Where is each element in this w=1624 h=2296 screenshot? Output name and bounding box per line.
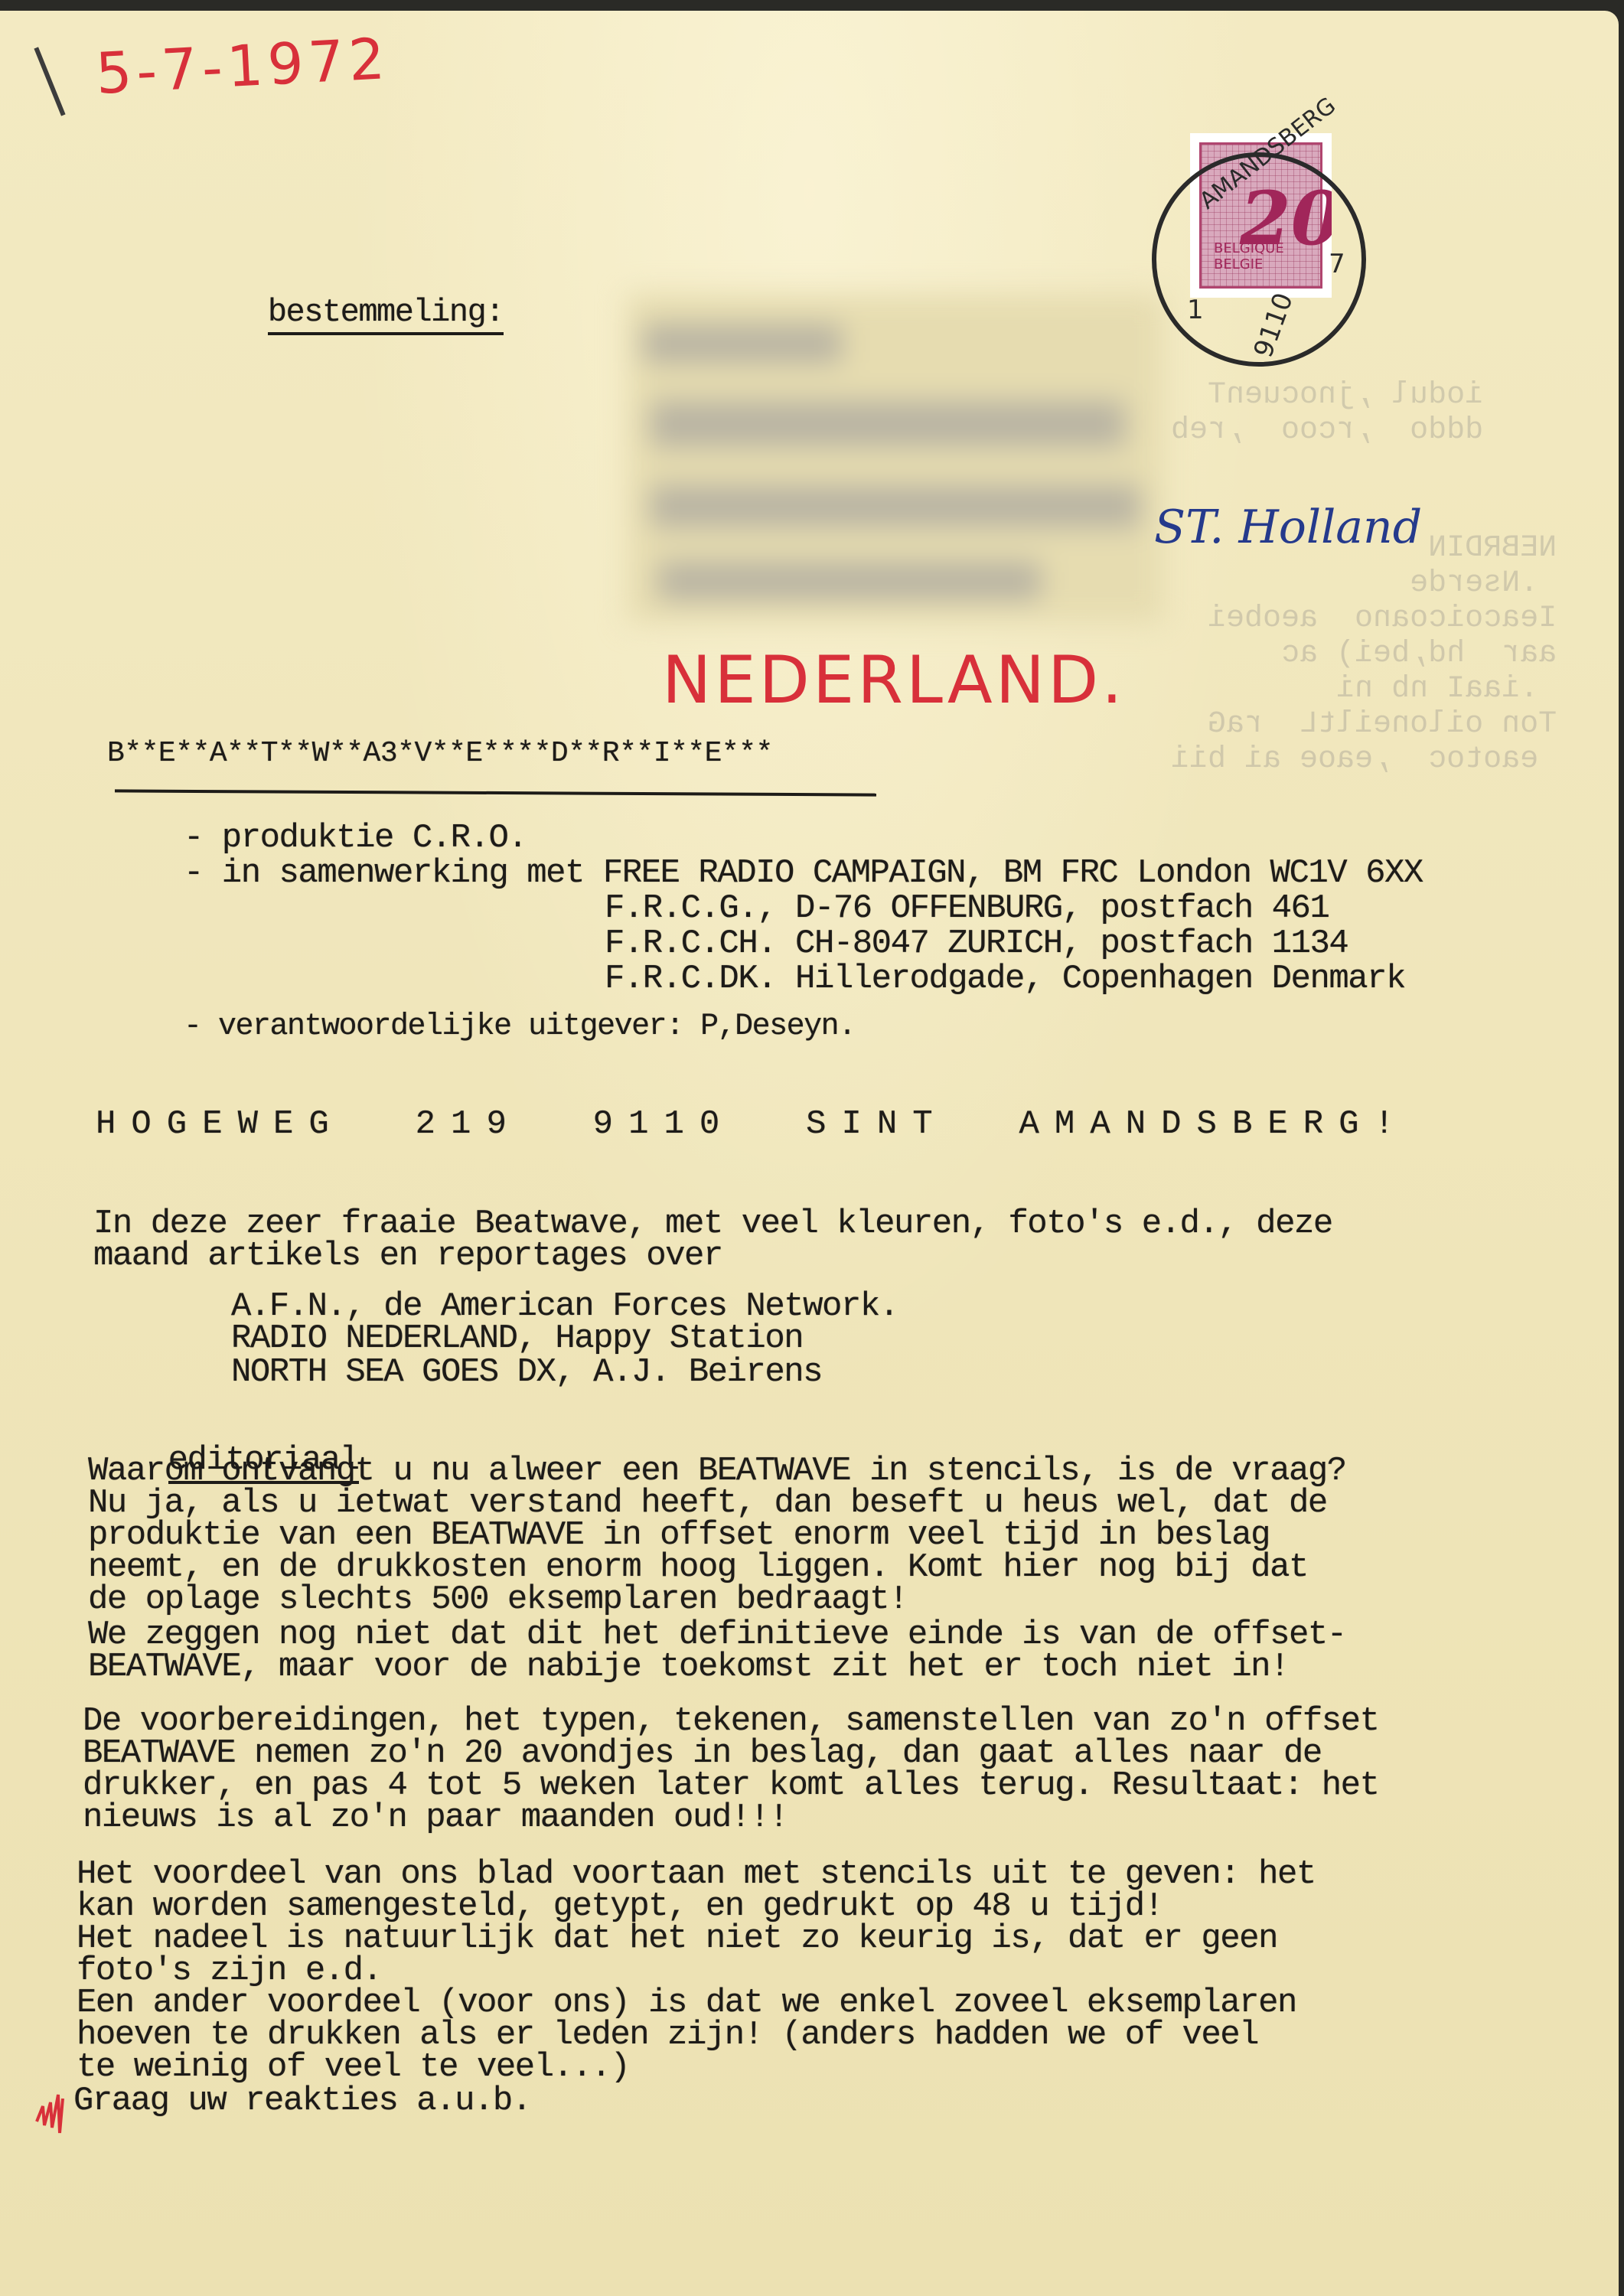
credit-line: - verantwoordelijke uitgever: P,Deseyn. bbox=[184, 1009, 856, 1045]
postmark-code: 9110 bbox=[1248, 289, 1300, 362]
handwritten-date: 5-7-1972 bbox=[94, 26, 391, 107]
title-underline bbox=[115, 789, 876, 796]
bleed-through-text: NEBRDIN .Nserde Ieacoicoano aeobei aar h… bbox=[1171, 531, 1557, 778]
credit-line: - produktie C.R.O. bbox=[184, 820, 527, 856]
partner-address: F.R.C.CH. CH-8047 ZURICH, postfach 1134 bbox=[605, 926, 1348, 961]
bleed-through-text: iodul ,jnocuenT dddo ,rcoo ,reb bbox=[1171, 378, 1483, 448]
blurred-recipient-address bbox=[628, 294, 1163, 623]
editorial-line: te weinig of veel te veel...) bbox=[77, 2050, 629, 2085]
recipient-label-text: bestemmeling: bbox=[268, 294, 504, 335]
postmark-mark: 7 bbox=[1329, 249, 1345, 279]
postmark-mark: 1 bbox=[1187, 295, 1204, 325]
letter-page: 5-7-1972 bestemmeling: iodul ,jnocuenT d… bbox=[0, 11, 1619, 2296]
partner-address: F.R.C.G., D-76 OFFENBURG, postfach 461 bbox=[605, 891, 1329, 926]
editorial-line: BEATWAVE, maar voor de nabije toekomst z… bbox=[88, 1649, 1289, 1684]
red-scribble-mark bbox=[6, 2077, 37, 2123]
handwritten-country: NEDERLAND. bbox=[662, 642, 1126, 719]
topic-item: NORTH SEA GOES DX, A.J. Beirens bbox=[231, 1355, 822, 1390]
partner-address: F.R.C.DK. Hillerodgade, Copenhagen Denma… bbox=[605, 961, 1405, 996]
scribble-icon bbox=[35, 2091, 66, 2137]
editorial-line: nieuws is al zo'n paar maanden oud!!! bbox=[83, 1800, 788, 1835]
intro-line: maand artikels en reportages over bbox=[93, 1238, 722, 1274]
credit-line: - in samenwerking met FREE RADIO CAMPAIG… bbox=[184, 856, 1423, 891]
slash-mark bbox=[34, 47, 65, 116]
editorial-line: de oplage slechts 500 eksemplaren bedraa… bbox=[88, 1582, 908, 1617]
topic-item: RADIO NEDERLAND, Happy Station bbox=[231, 1321, 803, 1356]
closing-line: Graag uw reakties a.u.b. bbox=[73, 2083, 531, 2118]
handwritten-region-note: ST. Holland bbox=[1154, 501, 1422, 554]
recipient-label: bestemmeling: bbox=[195, 259, 504, 365]
publisher-address: HOGEWEG 219 9110 SINT AMANDSBERG! bbox=[96, 1107, 1410, 1142]
postmark-circle: AMANDSBERG 9110 1 7 bbox=[1152, 152, 1366, 367]
newsletter-title: B**E**A**T**W**A3*V**E****D**R**I**E*** bbox=[107, 736, 773, 771]
